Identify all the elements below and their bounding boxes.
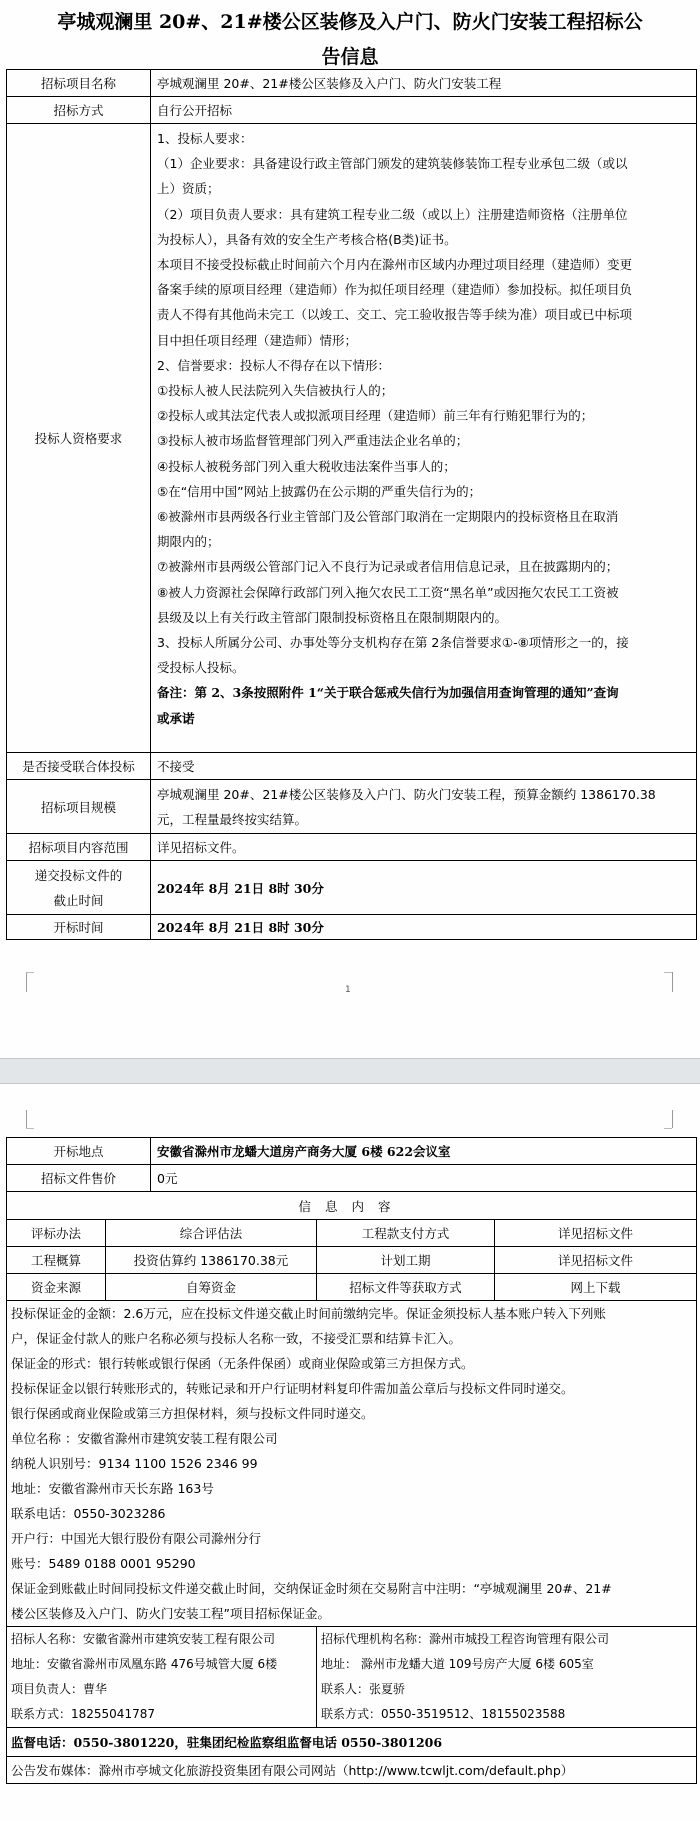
project-name-label: 招标项目名称 [7, 70, 151, 97]
deposit-line: 保证金的形式：银行转帐或银行保函（无条件保函）或商业保险或第三方担保方式。 [11, 1351, 692, 1376]
opening-time-value: 2024年 8月 21日 8时 30分 [151, 915, 697, 940]
qualification-line: 备案手续的原项目经理（建造师）作为拟任项目经理（建造师）参加投标。拟任项目负 [157, 277, 690, 302]
qualification-line: 目中担任项目经理（建造师）情形； [157, 328, 690, 353]
tenderer-line: 项目负责人：曹华 [11, 1677, 312, 1702]
doc-price-value: 0元 [151, 1165, 697, 1192]
method-label: 招标方式 [7, 97, 151, 124]
opening-place-value: 安徽省滁州市龙蟠大道房产商务大厦 6楼 622会议室 [151, 1138, 697, 1165]
qualification-line: ③投标人被市场监督管理部门列入严重违法企业名单的； [157, 428, 690, 453]
deposit-line: 地址：安徽省滁州市天长东路 163号 [11, 1476, 692, 1501]
row-info-header: 信息内容 [7, 1192, 697, 1220]
deposit-line: 保证金到账截止时间同投标文件递交截止时间，交纳保证金时须在交易附言中注明：“亭城… [11, 1576, 692, 1601]
deposit-line: 户，保证金付款人的账户名称必须与投标人名称一致，不接受汇票和结算卡汇入。 [11, 1326, 692, 1351]
grid-cell: 自筹资金 [106, 1274, 317, 1301]
doc-price-label: 招标文件售价 [7, 1165, 151, 1192]
qualification-line: ⑥被滁州市县两级各行业主管部门及公管部门取消在一定期限内的投标资格且在取消 [157, 504, 690, 529]
row-deposit: 投标保证金的金额：2.6万元，应在投标文件递交截止时间前缴纳完毕。保证金须投标人… [7, 1301, 697, 1627]
row-opening-time: 开标时间 2024年 8月 21日 8时 30分 [7, 915, 697, 940]
row-consortium: 是否接受联合体投标 不接受 [7, 753, 697, 780]
row-supervision: 监督电话：0550-3801220，驻集团纪检监察组监督电话 0550-3801… [7, 1728, 697, 1757]
qualification-value: 1、投标人要求： （1）企业要求：具备建设行政主管部门颁发的建筑装修装饰工程专业… [151, 124, 697, 753]
grid-cell: 评标办法 [7, 1220, 106, 1247]
agency-line: 招标代理机构名称：滁州市城投工程咨询管理有限公司 [321, 1627, 692, 1652]
qualification-line: 县级及以上有关行政主管部门限制投标资格且在限制期限内的。 [157, 605, 690, 630]
qualification-note: 或承诺 [157, 706, 690, 731]
qualification-note: 备注：第 2、3条按照附件 1“关于联合惩戒失信行为加强信用查询管理的通知”查询 [157, 680, 690, 705]
deposit-line: 纳税人识别号：9134 1100 1526 2346 99 [11, 1451, 692, 1476]
row-opening-place: 开标地点 安徽省滁州市龙蟠大道房产商务大厦 6楼 622会议室 [7, 1138, 697, 1165]
qualification-line: 期限内的； [157, 529, 690, 554]
grid-cell: 工程概算 [7, 1247, 106, 1274]
qualification-line: 本项目不接受投标截止时间前六个月内在滁州市区域内办理过项目经理（建造师）变更 [157, 252, 690, 277]
consortium-label: 是否接受联合体投标 [7, 753, 151, 780]
grid-cell: 资金来源 [7, 1274, 106, 1301]
scope-label: 招标项目内容范围 [7, 834, 151, 861]
qualification-line: 为投标人），具备有效的安全生产考核合格(B类)证书。 [157, 227, 690, 252]
qualification-line: ①投标人被人民法院列入失信被执行人的； [157, 378, 690, 403]
deadline-label: 递交投标文件的 截止时间 [7, 861, 151, 915]
margin-mark [664, 1110, 673, 1128]
deposit-line: 联系电话：0550-3023286 [11, 1501, 692, 1526]
deposit-line: 投标保证金的金额：2.6万元，应在投标文件递交截止时间前缴纳完毕。保证金须投标人… [11, 1301, 692, 1326]
page-separator [0, 1058, 700, 1084]
grid-cell: 综合评估法 [106, 1220, 317, 1247]
deposit-line: 投标保证金以银行转账形式的，转账记录和开户行证明材料复印件需加盖公章后与投标文件… [11, 1376, 692, 1401]
deposit-line: 楼公区装修及入户门、防火门安装工程”项目招标保证金。 [11, 1601, 692, 1626]
grid-cell: 详见招标文件 [495, 1247, 697, 1274]
margin-mark [26, 1110, 35, 1128]
row-qualification: 投标人资格要求 1、投标人要求： （1）企业要求：具备建设行政主管部门颁发的建筑… [7, 124, 697, 753]
margin-mark [664, 972, 672, 981]
publish-media: 公告发布媒体：滁州市亭城文化旅游投资集团有限公司网站（http://www.tc… [7, 1757, 697, 1784]
row-scope: 招标项目内容范围 详见招标文件。 [7, 834, 697, 861]
qualification-line: （2）项目负责人要求：具有建筑工程专业二级（或以上）注册建造师资格（注册单位 [157, 202, 690, 227]
grid-cell: 网上下载 [495, 1274, 697, 1301]
tender-info-table-2: 开标地点 安徽省滁州市龙蟠大道房产商务大厦 6楼 622会议室 招标文件售价 0… [6, 1137, 697, 1784]
agency-line: 联系人：张夏骄 [321, 1677, 692, 1702]
grid-row: 工程概算 投资估算约 1386170.38元 计划工期 详见招标文件 [7, 1247, 697, 1274]
tenderer-line: 地址：安徽省滁州市凤凰东路 476号城管大厦 6楼 [11, 1652, 312, 1677]
deposit-line: 开户行：中国光大银行股份有限公司滁州分行 [11, 1526, 692, 1551]
qualification-line: ④投标人被税务部门列入重大税收违法案件当事人的； [157, 454, 690, 479]
row-scale: 招标项目规模 亭城观澜里 20#、21#楼公区装修及入户门、防火门安装工程，预算… [7, 780, 697, 834]
qualification-line: ②投标人或其法定代表人或拟派项目经理（建造师）前三年有行贿犯罪行为的； [157, 403, 690, 428]
deposit-line: 银行保函或商业保险或第三方担保材料，须与投标文件同时递交。 [11, 1401, 692, 1426]
tenderer-line: 联系方式：18255041787 [11, 1702, 312, 1727]
project-name-value: 亭城观澜里 20#、21#楼公区装修及入户门、防火门安装工程 [151, 70, 697, 97]
qualification-line: 3、投标人所属分公司、办事处等分支机构存在第 2条信誉要求①-⑧项情形之一的，接 [157, 630, 690, 655]
consortium-value: 不接受 [151, 753, 697, 780]
qualification-line: 责人不得有其他尚未完工（以竣工、交工、完工验收报告等手续为准）项目或已中标项 [157, 302, 690, 327]
qualification-line: 上）资质； [157, 176, 690, 201]
margin-mark [664, 1128, 672, 1137]
deadline-label-line: 递交投标文件的 [13, 863, 144, 888]
grid-row: 评标办法 综合评估法 工程款支付方式 详见招标文件 [7, 1220, 697, 1247]
agency-info: 招标代理机构名称：滁州市城投工程咨询管理有限公司 地址： 滁州市龙蟠大道 109… [317, 1627, 697, 1728]
qualification-line: 2、信誉要求：投标人不得存在以下情形： [157, 353, 690, 378]
agency-line: 地址： 滁州市龙蟠大道 109号房产大厦 6楼 605室 [321, 1652, 692, 1677]
deadline-label-line: 截止时间 [13, 888, 144, 913]
qualification-line: ⑤在“信用中国”网站上披露仍在公示期的严重失信行为的； [157, 479, 690, 504]
info-content-header: 信息内容 [7, 1192, 697, 1220]
scale-line: 亭城观澜里 20#、21#楼公区装修及入户门、防火门安装工程，预算金额约 138… [157, 782, 690, 807]
opening-time-label: 开标时间 [7, 915, 151, 940]
qualification-label: 投标人资格要求 [7, 124, 151, 753]
scale-value: 亭城观澜里 20#、21#楼公区装修及入户门、防火门安装工程，预算金额约 138… [151, 780, 697, 834]
row-method: 招标方式 自行公开招标 [7, 97, 697, 124]
scale-label: 招标项目规模 [7, 780, 151, 834]
grid-cell: 投资估算约 1386170.38元 [106, 1247, 317, 1274]
tenderer-line: 招标人名称：安徽省滁州市建筑安装工程有限公司 [11, 1627, 312, 1652]
qualification-line: 受投标人投标。 [157, 655, 690, 680]
row-doc-price: 招标文件售价 0元 [7, 1165, 697, 1192]
page-number: 1 [345, 985, 351, 995]
deposit-info: 投标保证金的金额：2.6万元，应在投标文件递交截止时间前缴纳完毕。保证金须投标人… [7, 1301, 697, 1627]
scope-value: 详见招标文件。 [151, 834, 697, 861]
deposit-line: 单位名称 ：安徽省滁州市建筑安装工程有限公司 [11, 1426, 692, 1451]
margin-mark [26, 972, 34, 981]
grid-cell: 计划工期 [317, 1247, 495, 1274]
grid-row: 资金来源 自筹资金 招标文件等获取方式 网上下载 [7, 1274, 697, 1301]
grid-cell: 详见招标文件 [495, 1220, 697, 1247]
margin-mark [26, 1128, 34, 1137]
opening-place-label: 开标地点 [7, 1138, 151, 1165]
title-line-1: 亭城观澜里 20#、21#楼公区装修及入户门、防火门安装工程招标公 [0, 2, 700, 42]
agency-line: 联系方式：0550-3519512、18155023588 [321, 1702, 692, 1727]
row-project-name: 招标项目名称 亭城观澜里 20#、21#楼公区装修及入户门、防火门安装工程 [7, 70, 697, 97]
scale-line: 元，工程量最终按实结算。 [157, 807, 690, 832]
row-deadline: 递交投标文件的 截止时间 2024年 8月 21日 8时 30分 [7, 861, 697, 915]
qualification-line: ⑦被滁州市县两级公管部门记入不良行为记录或者信用信息记录，且在披露期内的； [157, 554, 690, 579]
qualification-line: ⑧被人力资源社会保障行政部门列入拖欠农民工工资“黑名单”或因拖欠农民工工资被 [157, 580, 690, 605]
grid-cell: 工程款支付方式 [317, 1220, 495, 1247]
qualification-line: （1）企业要求：具备建设行政主管部门颁发的建筑装修装饰工程专业承包二级（或以 [157, 151, 690, 176]
deposit-line: 账号：5489 0188 0001 95290 [11, 1551, 692, 1576]
document-page-1: 亭城观澜里 20#、21#楼公区装修及入户门、防火门安装工程招标公 告信息 招标… [0, 0, 700, 1058]
tenderer-info: 招标人名称：安徽省滁州市建筑安装工程有限公司 地址：安徽省滁州市凤凰东路 476… [7, 1627, 317, 1728]
tender-info-table: 招标项目名称 亭城观澜里 20#、21#楼公区装修及入户门、防火门安装工程 招标… [6, 69, 697, 940]
row-contacts: 招标人名称：安徽省滁州市建筑安装工程有限公司 地址：安徽省滁州市凤凰东路 476… [7, 1627, 697, 1728]
deadline-value: 2024年 8月 21日 8时 30分 [151, 861, 697, 915]
supervision-phone: 监督电话：0550-3801220，驻集团纪检监察组监督电话 0550-3801… [7, 1728, 697, 1757]
grid-cell: 招标文件等获取方式 [317, 1274, 495, 1301]
method-value: 自行公开招标 [151, 97, 697, 124]
qualification-line: 1、投标人要求： [157, 126, 690, 151]
row-media: 公告发布媒体：滁州市亭城文化旅游投资集团有限公司网站（http://www.tc… [7, 1757, 697, 1784]
